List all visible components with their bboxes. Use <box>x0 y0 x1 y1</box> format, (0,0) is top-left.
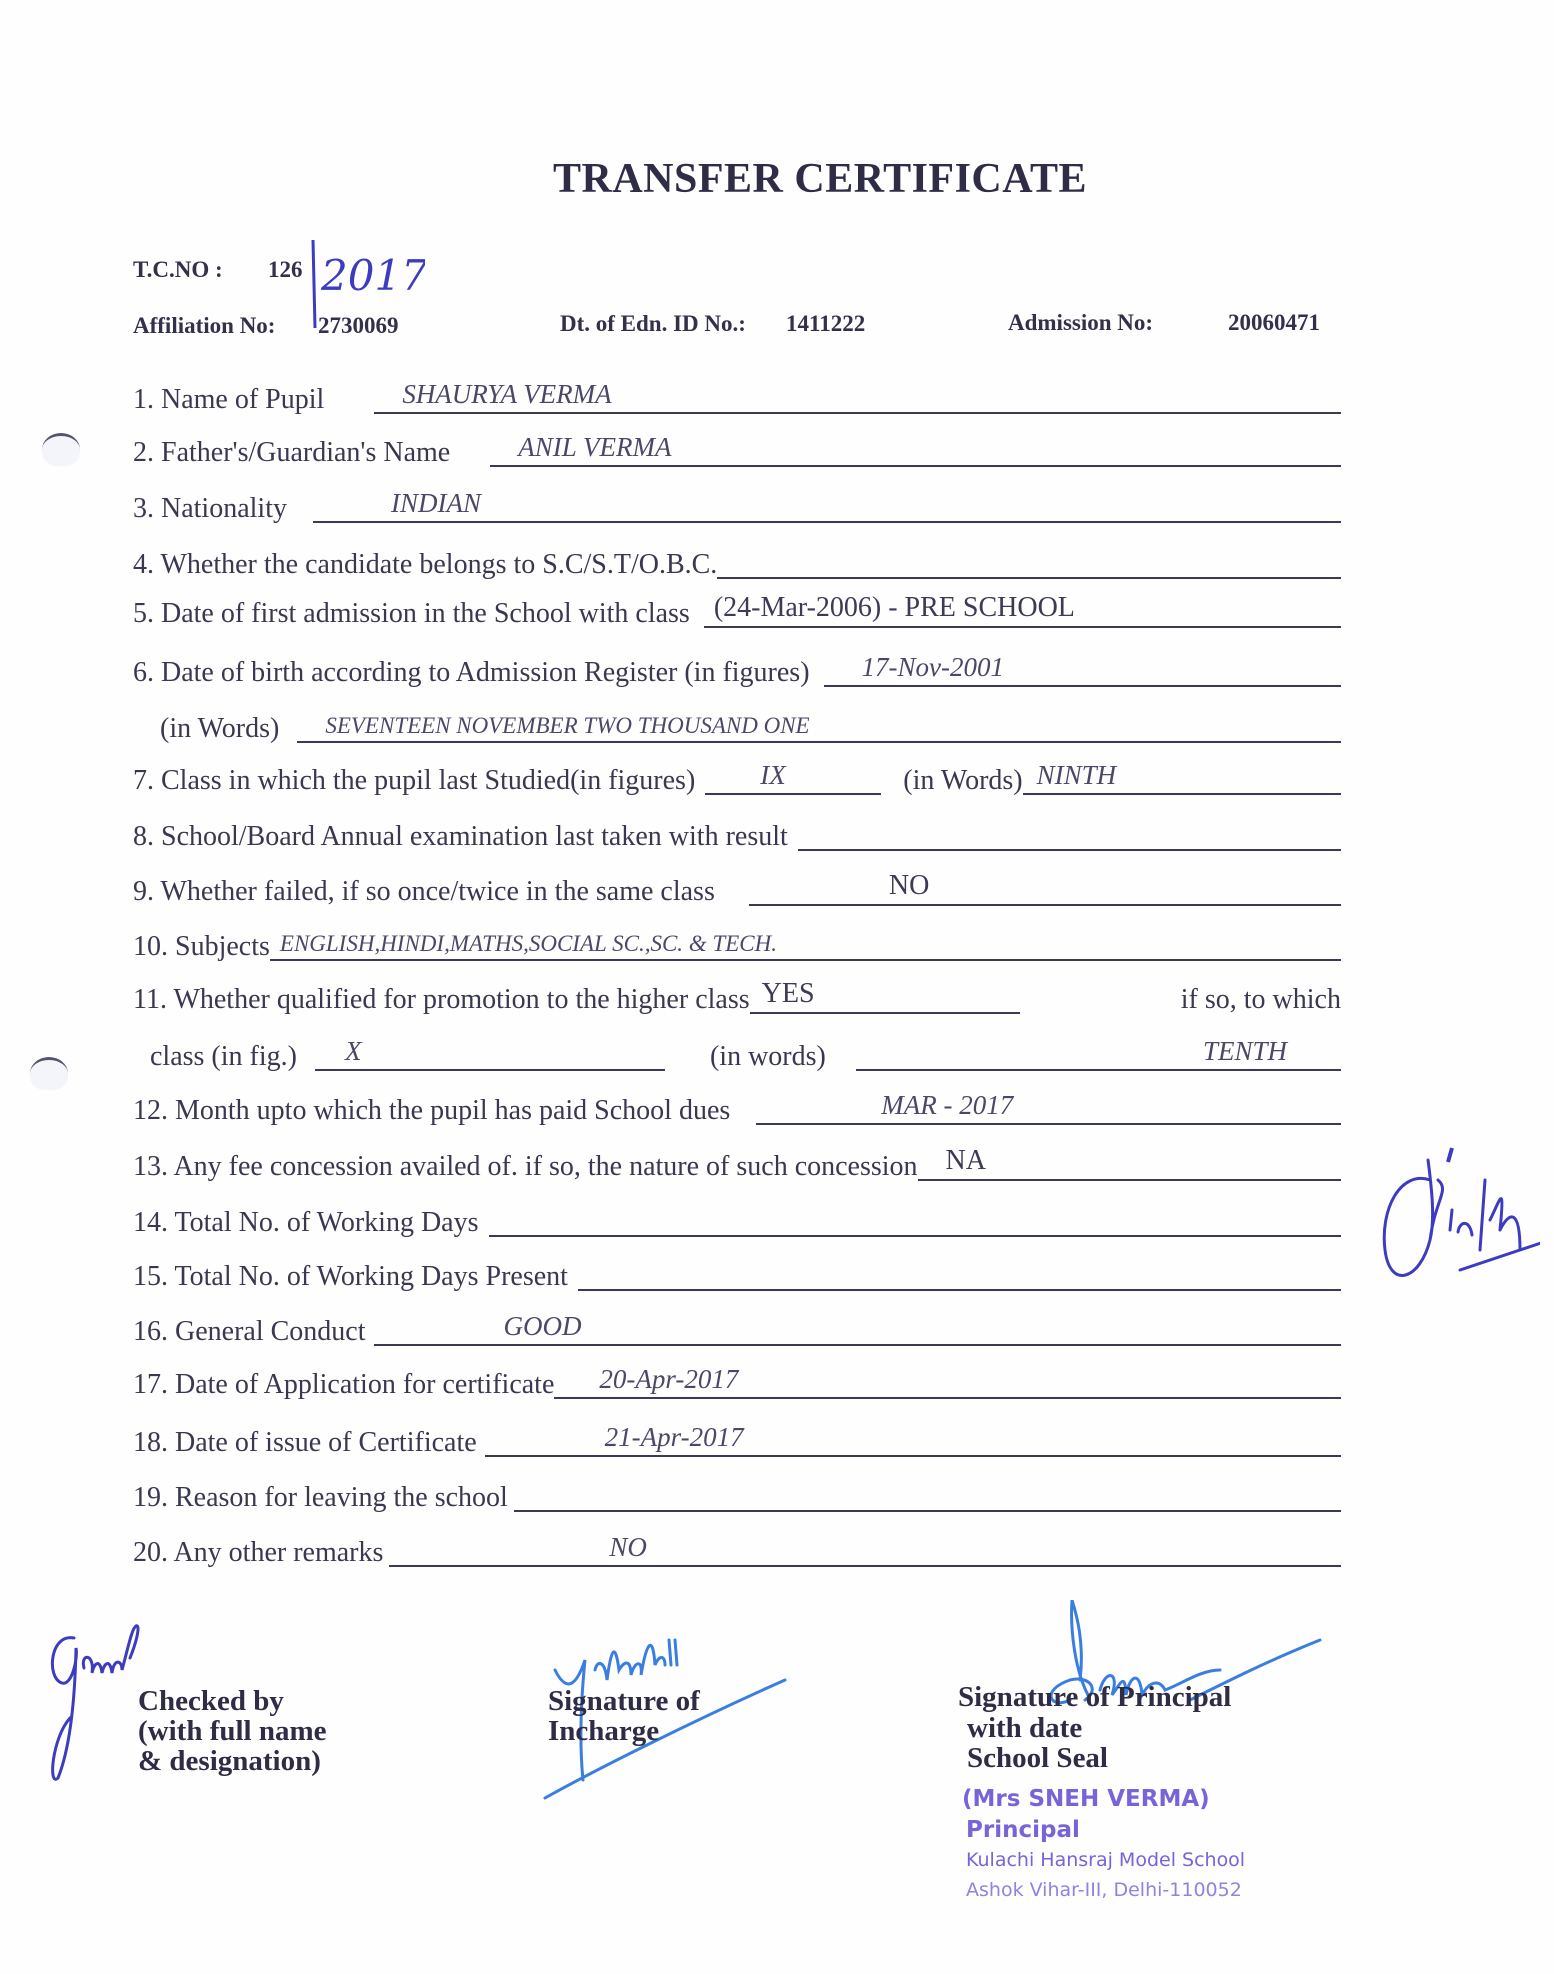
incharge-label-1: Signature of <box>548 1686 700 1716</box>
field-value: YES <box>762 978 815 1010</box>
checked-by-label-2: (with full name <box>138 1716 327 1746</box>
field-date-of-birth-words: (in Words) SEVENTEEN NOVEMBER TWO THOUSA… <box>160 707 1341 747</box>
field-working-days-present: 15. Total No. of Working Days Present <box>133 1255 1341 1295</box>
field-line: ENGLISH,HINDI,MATHS,SOCIAL SC.,SC. & TEC… <box>270 921 1341 961</box>
field-value: NO <box>889 870 929 902</box>
field-line: (24-Mar-2006) - PRE SCHOOL <box>704 588 1341 628</box>
field-value: ENGLISH,HINDI,MATHS,SOCIAL SC.,SC. & TEC… <box>280 931 777 957</box>
field-label: 19. Reason for leaving the school <box>133 1482 508 1516</box>
field-value: 17-Nov-2001 <box>862 652 1004 683</box>
field-label: 20. Any other remarks <box>133 1537 383 1571</box>
field-whether-failed: 9. Whether failed, if so once/twice in t… <box>133 870 1341 910</box>
field-line <box>489 1197 1341 1237</box>
field-label: 16. General Conduct <box>133 1316 366 1350</box>
field-words-value: TENTH <box>1203 1036 1287 1067</box>
document-title: TRANSFER CERTIFICATE <box>0 155 1554 203</box>
field-line: IX <box>705 755 881 795</box>
principal-label-2: with date <box>967 1713 1082 1743</box>
field-line: YES <box>750 974 1020 1014</box>
field-value: MAR - 2017 <box>881 1090 1013 1121</box>
field-promotion-class: class (in fig.) X (in words) TENTH <box>150 1035 1341 1075</box>
side-initials-signature <box>1360 1140 1540 1300</box>
field-value: ANIL VERMA <box>518 432 671 463</box>
field-value: INDIAN <box>391 488 481 519</box>
field-label: 2. Father's/Guardian's Name <box>133 437 450 471</box>
field-line <box>514 1472 1341 1512</box>
field-value: 20-Apr-2017 <box>599 1364 738 1395</box>
field-label: 18. Date of issue of Certificate <box>133 1427 477 1461</box>
field-label: 10. Subjects <box>133 931 270 965</box>
field-father-guardian-name: 2. Father's/Guardian's Name ANIL VERMA <box>133 431 1341 471</box>
admission-label: Admission No: <box>1008 310 1153 336</box>
field-line: NO <box>389 1527 1341 1567</box>
field-label: 14. Total No. of Working Days <box>133 1207 479 1241</box>
field-line: ANIL VERMA <box>490 427 1341 467</box>
checked-by-label-3: & designation) <box>138 1746 321 1776</box>
field-value: IX <box>760 760 785 791</box>
field-label: 9. Whether failed, if so once/twice in t… <box>133 876 715 910</box>
tc-no-value: 126 <box>268 257 303 283</box>
field-date-of-birth-figures: 6. Date of birth according to Admission … <box>133 651 1341 691</box>
edn-id-value: 1411222 <box>786 311 865 337</box>
field-line: NA <box>918 1141 1341 1181</box>
field-line: SHAURYA VERMA <box>374 374 1341 414</box>
field-value: (24-Mar-2006) - PRE SCHOOL <box>714 592 1075 624</box>
field-class-last-studied: 7. Class in which the pupil last Studied… <box>133 759 1341 799</box>
affiliation-label: Affiliation No: <box>133 313 275 339</box>
stamp-school-name: Kulachi Hansraj Model School <box>966 1849 1245 1871</box>
field-line <box>578 1251 1341 1291</box>
field-label: 13. Any fee concession availed of. if so… <box>133 1151 918 1185</box>
field-value: NO <box>609 1532 647 1563</box>
field-value: SEVENTEEN NOVEMBER TWO THOUSAND ONE <box>325 713 809 739</box>
field-line: GOOD <box>374 1306 1342 1346</box>
field-words-label: (in words) <box>710 1041 826 1075</box>
field-label: 6. Date of birth according to Admission … <box>133 657 810 691</box>
field-line <box>798 811 1341 851</box>
admission-value: 20060471 <box>1228 310 1320 336</box>
field-nationality: 3. Nationality INDIAN <box>133 487 1341 527</box>
incharge-label-2: Incharge <box>548 1716 659 1746</box>
checked-by-label-1: Checked by <box>138 1686 284 1716</box>
field-label: 12. Month upto which the pupil has paid … <box>133 1095 730 1129</box>
field-value: NA <box>946 1145 986 1177</box>
field-value: 21-Apr-2017 <box>605 1422 744 1453</box>
field-total-working-days: 14. Total No. of Working Days <box>133 1201 1341 1241</box>
field-name-of-pupil: 1. Name of Pupil SHAURYA VERMA <box>133 378 1341 418</box>
field-school-dues-paid: 12. Month upto which the pupil has paid … <box>133 1089 1341 1129</box>
field-suffix: if so, to which <box>1181 984 1341 1018</box>
field-words-value: NINTH <box>1037 760 1117 791</box>
field-other-remarks: 20. Any other remarks NO <box>133 1531 1341 1571</box>
principal-label-1: Signature of Principal <box>958 1682 1231 1712</box>
field-label: 1. Name of Pupil <box>133 384 324 418</box>
field-label: 11. Whether qualified for promotion to t… <box>133 984 750 1018</box>
field-label: 17. Date of Application for certificate <box>133 1369 554 1403</box>
field-line: INDIAN <box>313 483 1341 523</box>
field-subjects: 10. Subjects ENGLISH,HINDI,MATHS,SOCIAL … <box>133 925 1341 965</box>
tc-no-label: T.C.NO : <box>133 257 223 283</box>
svg-text:2017: 2017 <box>320 251 425 300</box>
field-line <box>717 539 1341 579</box>
field-line: 17-Nov-2001 <box>824 647 1341 687</box>
stamp-school-address: Ashok Vihar-III, Delhi-110052 <box>966 1879 1242 1901</box>
edn-id-label: Dt. of Edn. ID No.: <box>560 311 746 337</box>
field-words-label: (in Words) <box>903 765 1022 799</box>
field-label: (in Words) <box>160 713 279 747</box>
field-line: X <box>315 1031 665 1071</box>
field-qualified-promotion: 11. Whether qualified for promotion to t… <box>133 978 1341 1018</box>
field-value: GOOD <box>504 1311 582 1342</box>
field-date-of-application: 17. Date of Application for certificate … <box>133 1363 1341 1403</box>
field-value: SHAURYA VERMA <box>402 379 611 410</box>
field-line: NO <box>749 866 1341 906</box>
field-first-admission: 5. Date of first admission in the School… <box>133 592 1341 632</box>
field-general-conduct: 16. General Conduct GOOD <box>133 1310 1341 1350</box>
field-words-line: TENTH <box>856 1031 1341 1071</box>
field-label: 3. Nationality <box>133 493 287 527</box>
stamp-principal-name: (Mrs SNEH VERMA) <box>962 1786 1210 1812</box>
field-label: 15. Total No. of Working Days Present <box>133 1261 568 1295</box>
punch-hole-bottom <box>30 1057 68 1090</box>
field-fee-concession: 13. Any fee concession availed of. if so… <box>133 1145 1341 1185</box>
field-label: class (in fig.) <box>150 1041 297 1075</box>
field-annual-exam-result: 8. School/Board Annual examination last … <box>133 815 1341 855</box>
field-value: X <box>345 1036 362 1067</box>
field-label: 5. Date of first admission in the School… <box>133 598 690 632</box>
field-line: MAR - 2017 <box>756 1085 1341 1125</box>
affiliation-value: 2730069 <box>318 313 399 339</box>
field-line: SEVENTEEN NOVEMBER TWO THOUSAND ONE <box>297 703 1341 743</box>
field-sc-st-obc: 4. Whether the candidate belongs to S.C/… <box>133 543 1341 583</box>
principal-label-3: School Seal <box>967 1743 1108 1773</box>
field-label: 8. School/Board Annual examination last … <box>133 821 788 855</box>
field-line: 20-Apr-2017 <box>554 1359 1341 1399</box>
field-words-line: NINTH <box>1023 755 1341 795</box>
stamp-designation: Principal <box>966 1817 1080 1843</box>
punch-hole-top <box>42 433 80 466</box>
field-reason-for-leaving: 19. Reason for leaving the school <box>133 1476 1341 1516</box>
field-label: 4. Whether the candidate belongs to S.C/… <box>133 549 717 583</box>
field-label: 7. Class in which the pupil last Studied… <box>133 765 695 799</box>
field-line: 21-Apr-2017 <box>485 1417 1341 1457</box>
field-date-of-issue: 18. Date of issue of Certificate 21-Apr-… <box>133 1421 1341 1461</box>
